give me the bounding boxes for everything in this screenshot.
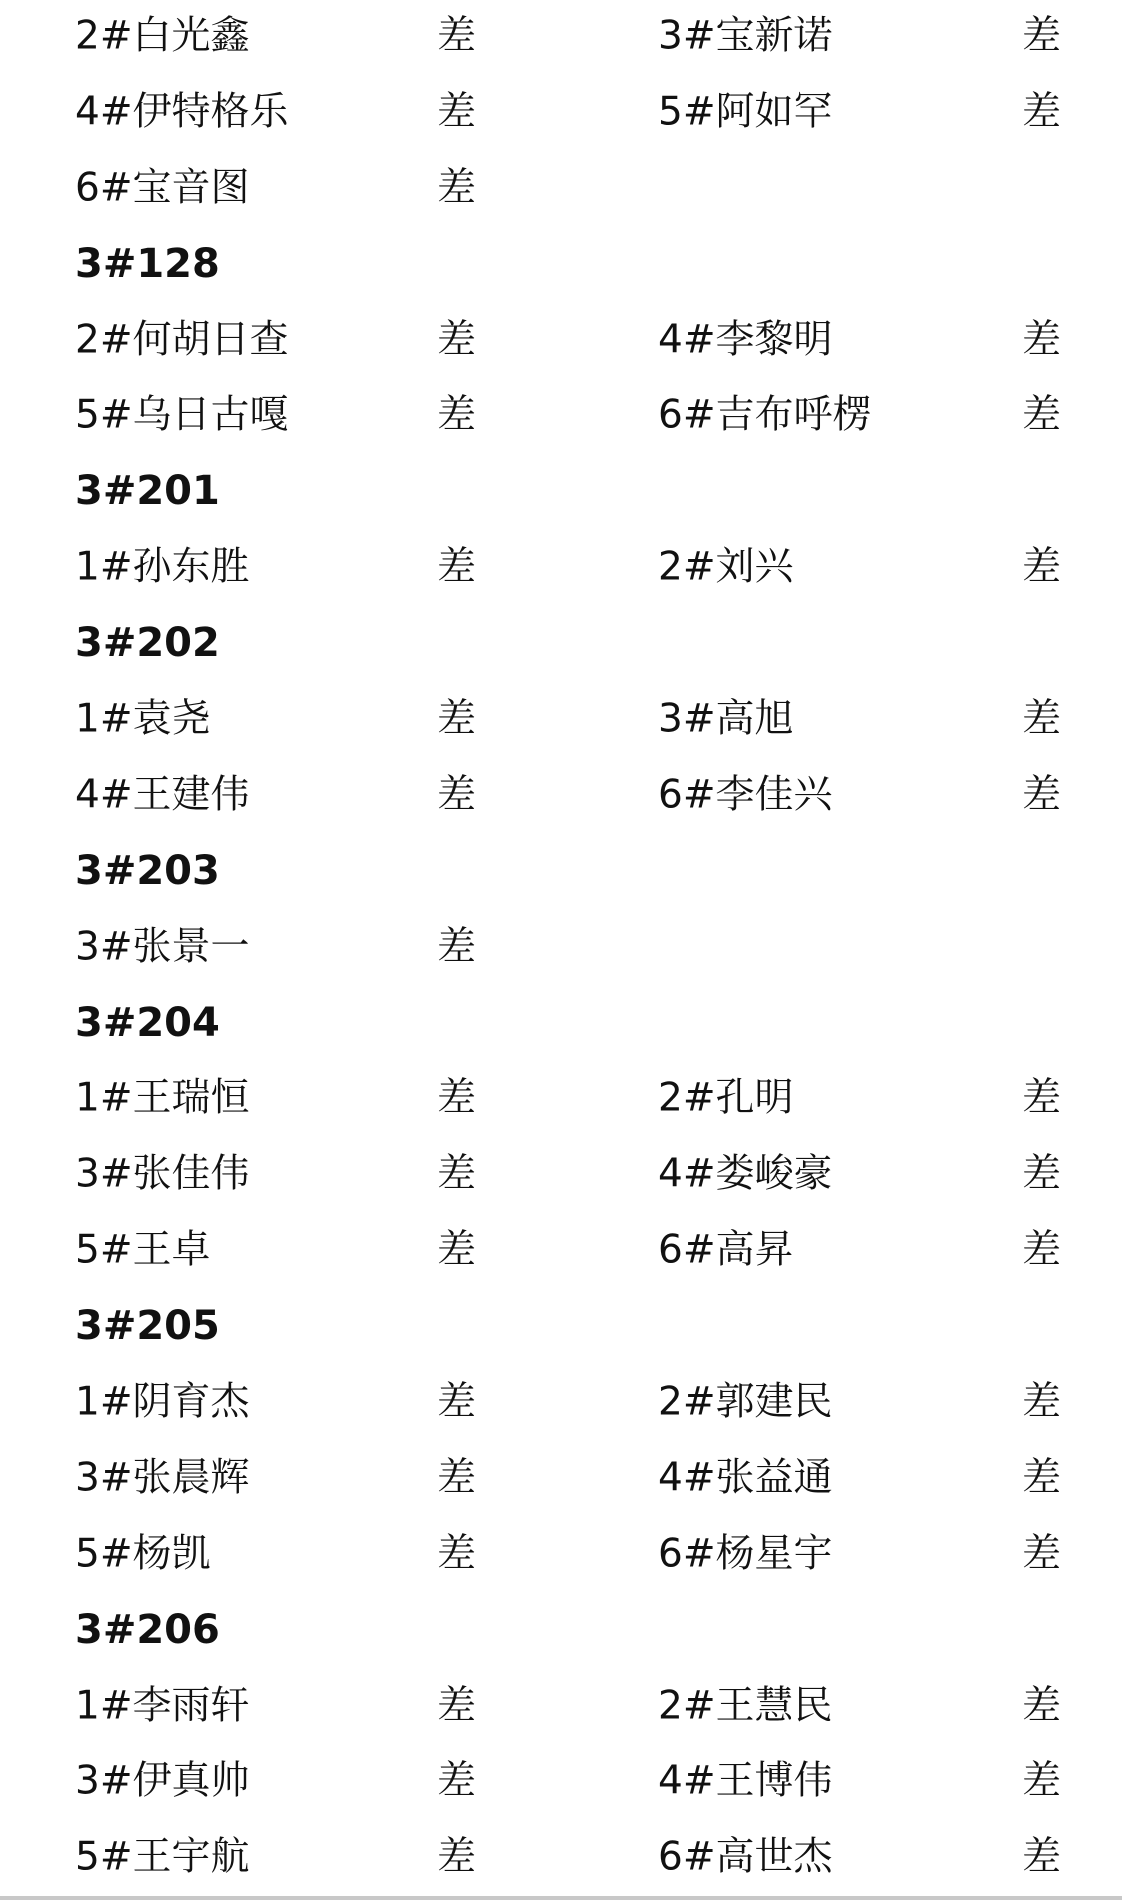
resident-name: 4#娄峻豪: [658, 1155, 833, 1194]
resident-name: 2#刘兴: [658, 548, 794, 587]
resident-name: 5#王卓: [75, 1231, 211, 1270]
entry-row: 1#袁尧 差 3#高旭 差: [0, 681, 1122, 757]
hygiene-grade: 差: [1022, 320, 1061, 359]
hygiene-grade: 差: [437, 1458, 476, 1497]
hygiene-grade: 差: [437, 1155, 476, 1194]
hygiene-grade: 差: [1022, 1762, 1061, 1801]
entry-row: 2#何胡日查 差 4#李黎明 差: [0, 302, 1122, 378]
resident-name: 6#高世杰: [658, 1838, 833, 1877]
resident-name: 2#何胡日查: [75, 320, 289, 359]
hygiene-grade: 差: [437, 1534, 476, 1573]
resident-name: 3#张佳伟: [75, 1155, 250, 1194]
entry-row: 1#孙东胜 差 2#刘兴 差: [0, 529, 1122, 605]
hygiene-grade: 差: [1022, 1534, 1061, 1573]
entry-row: 5#杨凯 差 6#杨星宇 差: [0, 1516, 1122, 1592]
hygiene-grade: 差: [1022, 1838, 1061, 1877]
resident-name: 1#袁尧: [75, 699, 211, 738]
room-header: 3#204: [0, 985, 1122, 1061]
resident-name: 1#李雨轩: [75, 1686, 250, 1725]
entry-row: 6#宝音图 差: [0, 150, 1122, 226]
hygiene-grade: 差: [1022, 1458, 1061, 1497]
resident-name: 2#王慧民: [658, 1686, 833, 1725]
resident-name: 5#杨凯: [75, 1534, 211, 1573]
resident-name: 3#张晨辉: [75, 1458, 250, 1497]
room-header: 3#202: [0, 605, 1122, 681]
hygiene-grade: 差: [437, 1838, 476, 1877]
hygiene-grade: 差: [1022, 16, 1061, 55]
entry-row: 5#乌日古嘎 差 6#吉布呼楞 差: [0, 377, 1122, 453]
resident-name: 5#王宇航: [75, 1838, 250, 1877]
resident-name: 1#孙东胜: [75, 548, 250, 587]
hygiene-grade: 差: [437, 927, 476, 966]
room-number: 3#202: [75, 623, 220, 663]
entry-row: 3#张景一 差: [0, 909, 1122, 985]
hygiene-grade: 差: [437, 92, 476, 131]
resident-name: 6#高昇: [658, 1231, 794, 1270]
hygiene-grade: 差: [437, 320, 476, 359]
hygiene-grade: 差: [1022, 1231, 1061, 1270]
resident-name: 6#杨星宇: [658, 1534, 833, 1573]
resident-name: 3#张景一: [75, 927, 250, 966]
room-header: 3#128: [0, 226, 1122, 302]
resident-name: 6#宝音图: [75, 168, 250, 207]
resident-name: 2#孔明: [658, 1079, 794, 1118]
entry-row: 1#阴育杰 差 2#郭建民 差: [0, 1364, 1122, 1440]
hygiene-grade: 差: [1022, 1382, 1061, 1421]
hygiene-grade: 差: [1022, 92, 1061, 131]
resident-name: 4#伊特格乐: [75, 92, 289, 131]
entry-row: 2#白光鑫 差 3#宝新诺 差: [0, 0, 1122, 74]
hygiene-grade: 差: [437, 1382, 476, 1421]
hygiene-grade: 差: [437, 16, 476, 55]
hygiene-grade: 差: [1022, 1079, 1061, 1118]
hygiene-grade: 差: [437, 1231, 476, 1270]
room-number: 3#205: [75, 1306, 220, 1346]
resident-name: 3#宝新诺: [658, 16, 833, 55]
resident-name: 3#伊真帅: [75, 1762, 250, 1801]
hygiene-grade: 差: [1022, 775, 1061, 814]
resident-name: 6#吉布呼楞: [658, 396, 872, 435]
entry-row: 5#王宇航 差 6#高世杰 差: [0, 1819, 1122, 1895]
hygiene-grade: 差: [1022, 699, 1061, 738]
resident-name: 2#白光鑫: [75, 16, 250, 55]
hygiene-grade: 差: [437, 1686, 476, 1725]
resident-name: 4#王建伟: [75, 775, 250, 814]
room-number: 3#128: [75, 244, 220, 284]
hygiene-grade: 差: [1022, 1686, 1061, 1725]
hygiene-grade: 差: [1022, 548, 1061, 587]
dorm-inspection-list: 2#白光鑫 差 3#宝新诺 差 4#伊特格乐 差 5#阿如罕 差 6#宝音图 差…: [0, 0, 1122, 1895]
hygiene-grade: 差: [437, 168, 476, 207]
room-number: 3#203: [75, 851, 220, 891]
bottom-divider: [0, 1896, 1122, 1900]
entry-row: 4#王建伟 差 6#李佳兴 差: [0, 757, 1122, 833]
hygiene-grade: 差: [437, 699, 476, 738]
entry-row: 1#王瑞恒 差 2#孔明 差: [0, 1060, 1122, 1136]
entry-row: 5#王卓 差 6#高昇 差: [0, 1212, 1122, 1288]
hygiene-grade: 差: [437, 1762, 476, 1801]
resident-name: 5#阿如罕: [658, 92, 833, 131]
hygiene-grade: 差: [437, 548, 476, 587]
entry-row: 3#张晨辉 差 4#张益通 差: [0, 1440, 1122, 1516]
room-number: 3#206: [75, 1610, 220, 1650]
room-number: 3#201: [75, 471, 220, 511]
hygiene-grade: 差: [437, 775, 476, 814]
room-header: 3#205: [0, 1288, 1122, 1364]
room-number: 3#204: [75, 1003, 220, 1043]
resident-name: 4#李黎明: [658, 320, 833, 359]
hygiene-grade: 差: [437, 396, 476, 435]
resident-name: 4#王博伟: [658, 1762, 833, 1801]
resident-name: 5#乌日古嘎: [75, 396, 289, 435]
entry-row: 3#伊真帅 差 4#王博伟 差: [0, 1743, 1122, 1819]
resident-name: 1#王瑞恒: [75, 1079, 250, 1118]
room-header: 3#201: [0, 453, 1122, 529]
entry-row: 1#李雨轩 差 2#王慧民 差: [0, 1668, 1122, 1744]
room-header: 3#206: [0, 1592, 1122, 1668]
entry-row: 3#张佳伟 差 4#娄峻豪 差: [0, 1136, 1122, 1212]
hygiene-grade: 差: [437, 1079, 476, 1118]
resident-name: 6#李佳兴: [658, 775, 833, 814]
resident-name: 2#郭建民: [658, 1382, 833, 1421]
hygiene-grade: 差: [1022, 396, 1061, 435]
resident-name: 3#高旭: [658, 699, 794, 738]
hygiene-grade: 差: [1022, 1155, 1061, 1194]
resident-name: 1#阴育杰: [75, 1382, 250, 1421]
entry-row: 4#伊特格乐 差 5#阿如罕 差: [0, 74, 1122, 150]
resident-name: 4#张益通: [658, 1458, 833, 1497]
room-header: 3#203: [0, 833, 1122, 909]
